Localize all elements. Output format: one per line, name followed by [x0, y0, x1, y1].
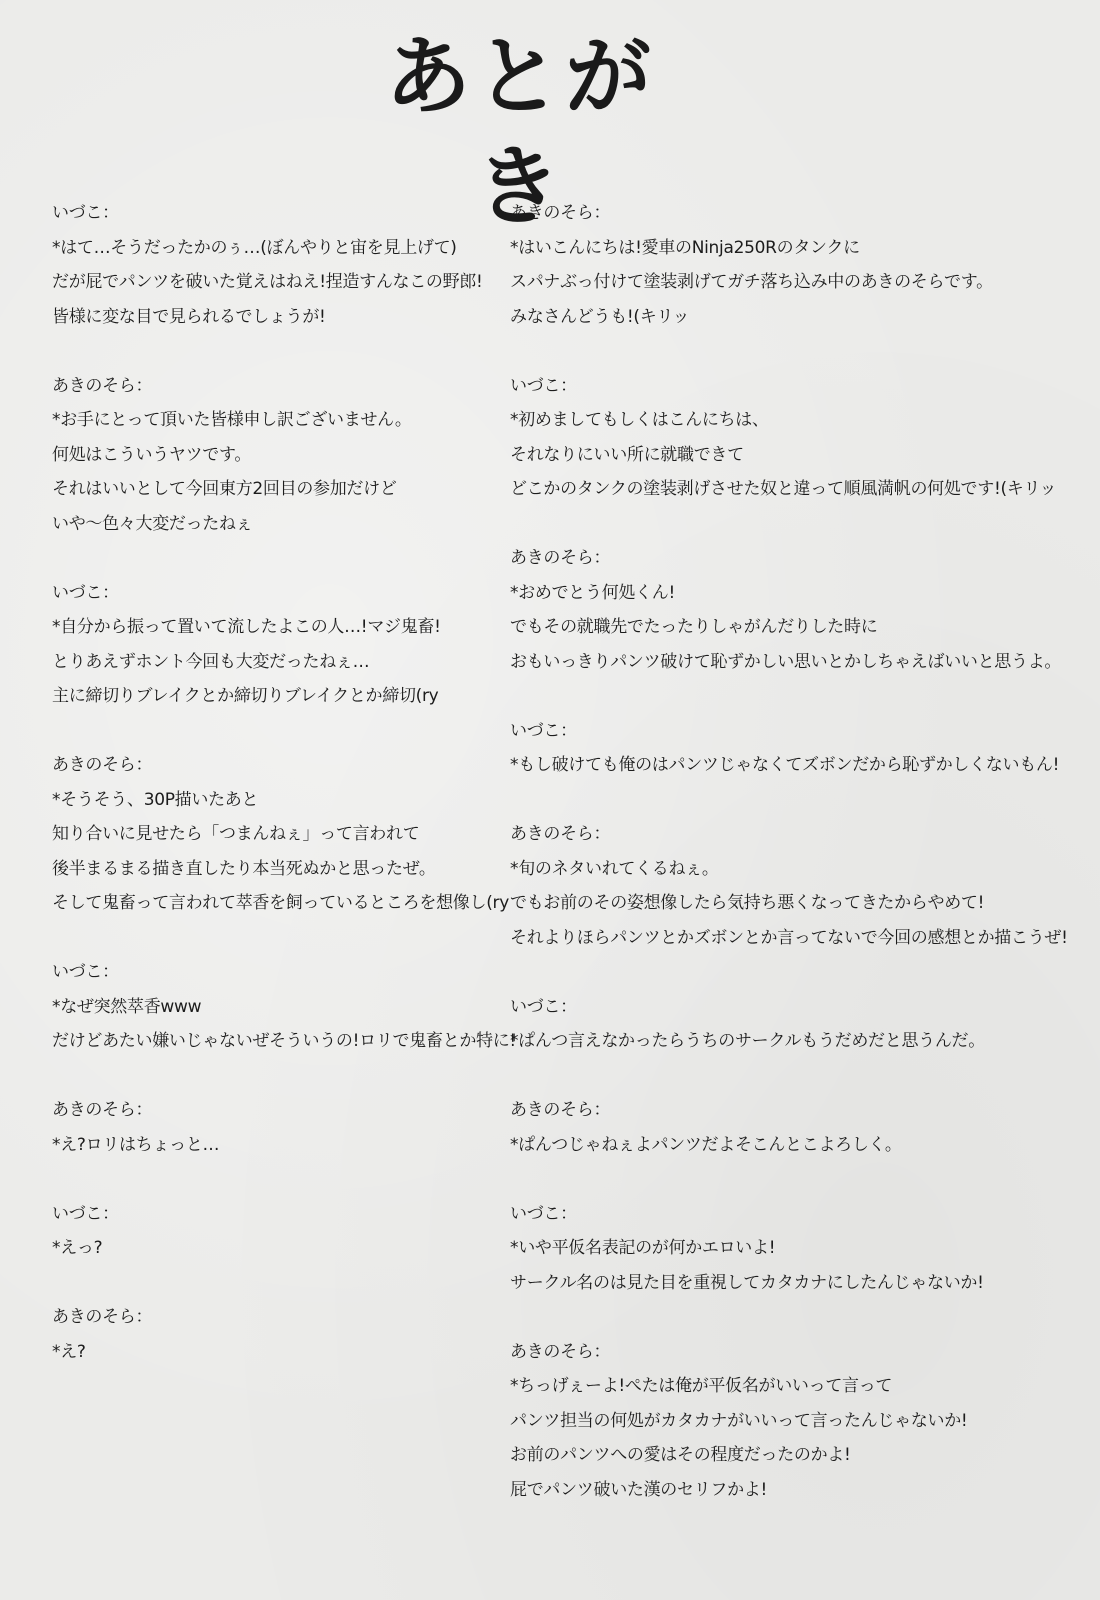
dialogue-line: *もし破けても俺のはパンツじゃなくてズボンだから恥ずかしくないもん! — [510, 748, 1070, 783]
dialogue-line: それはいいとして今回東方2回目の参加だけど — [52, 472, 492, 507]
left-column: いづこ： *はて…そうだったかのぅ…(ぼんやりと宙を見上げて) だが屁でパンツを… — [52, 196, 492, 1369]
dialogue-block: いづこ： *もし破けても俺のはパンツじゃなくてズボンだから恥ずかしくないもん! — [510, 714, 1070, 783]
dialogue-line: どこかのタンクの塗装剥げさせた奴と違って順風満帆の何処です!(キリッ — [510, 472, 1070, 507]
dialogue-line: それよりほらパンツとかズボンとか言ってないで今回の感想とか描こうぜ! — [510, 921, 1070, 956]
speaker-name: あきのそら： — [52, 1093, 492, 1128]
dialogue-line: *えっ? — [52, 1231, 492, 1266]
speaker-name: あきのそら： — [52, 369, 492, 404]
dialogue-line: *そうそう、30P描いたあと — [52, 783, 492, 818]
dialogue-line: それなりにいい所に就職できて — [510, 438, 1070, 473]
dialogue-block: あきのそら： *はいこんにちは!愛車のNinja250Rのタンクに スパナぶっ付… — [510, 196, 1070, 334]
dialogue-line: *旬のネタいれてくるねぇ。 — [510, 852, 1070, 887]
dialogue-line: *おめでとう何処くん! — [510, 576, 1070, 611]
page-title: あとがき — [360, 22, 680, 132]
speaker-name: いづこ： — [510, 369, 1070, 404]
dialogue-line: 後半まるまる描き直したり本当死ぬかと思ったぜ。 — [52, 852, 492, 887]
spacer — [510, 507, 1070, 542]
dialogue-block: あきのそら： *そうそう、30P描いたあと 知り合いに見せたら「つまんねぇ」って… — [52, 748, 492, 921]
dialogue-line: いや〜色々大変だったねぇ — [52, 507, 492, 542]
speaker-name: いづこ： — [52, 955, 492, 990]
spacer — [52, 1059, 492, 1094]
dialogue-line: *え? — [52, 1335, 492, 1370]
dialogue-block: あきのそら： *旬のネタいれてくるねぇ。 でもお前のその姿想像したら気持ち悪くな… — [510, 817, 1070, 955]
speaker-name: いづこ： — [510, 990, 1070, 1025]
dialogue-line: でもその就職先でたったりしゃがんだりした時に — [510, 610, 1070, 645]
speaker-name: あきのそら： — [510, 196, 1070, 231]
speaker-name: あきのそら： — [510, 541, 1070, 576]
spacer — [52, 1162, 492, 1197]
dialogue-block: いづこ： *自分から振って置いて流したよこの人…!マジ鬼畜! とりあえずホント今… — [52, 576, 492, 714]
dialogue-line: おもいっきりパンツ破けて恥ずかしい思いとかしちゃえばいいと思うよ。 — [510, 645, 1070, 680]
spacer — [510, 783, 1070, 818]
dialogue-block: あきのそら： *ちっげぇーよ!ぺたは俺が平仮名がいいって言って パンツ担当の何処… — [510, 1335, 1070, 1508]
afterword-page: あとがき いづこ： *はて…そうだったかのぅ…(ぼんやりと宙を見上げて) だが屁… — [0, 0, 1100, 1600]
dialogue-line: とりあえずホント今回も大変だったねぇ… — [52, 645, 492, 680]
dialogue-line: *はいこんにちは!愛車のNinja250Rのタンクに — [510, 231, 1070, 266]
dialogue-line: だが屁でパンツを破いた覚えはねえ!捏造すんなこの野郎! — [52, 265, 492, 300]
speaker-name: あきのそら： — [510, 817, 1070, 852]
dialogue-block: いづこ： *いや平仮名表記のが何かエロいよ! サークル名のは見た目を重視してカタ… — [510, 1197, 1070, 1301]
dialogue-block: あきのそら： *お手にとって頂いた皆様申し訳ございません。 何処はこういうヤツで… — [52, 369, 492, 542]
dialogue-line: 屁でパンツ破いた漢のセリフかよ! — [510, 1473, 1070, 1508]
spacer — [510, 1300, 1070, 1335]
spacer — [510, 334, 1070, 369]
dialogue-line: みなさんどうも!(キリッ — [510, 300, 1070, 335]
dialogue-line: *ぱんつじゃねぇよパンツだよそこんとこよろしく。 — [510, 1128, 1070, 1163]
spacer — [52, 714, 492, 749]
spacer — [52, 334, 492, 369]
speaker-name: あきのそら： — [52, 748, 492, 783]
dialogue-line: そして鬼畜って言われて萃香を飼っているところを想像し(ry — [52, 886, 492, 921]
dialogue-line: *お手にとって頂いた皆様申し訳ございません。 — [52, 403, 492, 438]
dialogue-line: 主に締切りブレイクとか締切りブレイクとか締切(ry — [52, 679, 492, 714]
speaker-name: あきのそら： — [510, 1335, 1070, 1370]
dialogue-line: サークル名のは見た目を重視してカタカナにしたんじゃないか! — [510, 1266, 1070, 1301]
dialogue-block: いづこ： *はて…そうだったかのぅ…(ぼんやりと宙を見上げて) だが屁でパンツを… — [52, 196, 492, 334]
speaker-name: あきのそら： — [52, 1300, 492, 1335]
dialogue-line: *え?ロリはちょっと… — [52, 1128, 492, 1163]
spacer — [52, 541, 492, 576]
speaker-name: いづこ： — [52, 196, 492, 231]
dialogue-line: *いや平仮名表記のが何かエロいよ! — [510, 1231, 1070, 1266]
dialogue-block: あきのそら： *え?ロリはちょっと… — [52, 1093, 492, 1162]
dialogue-block: いづこ： *なぜ突然萃香www だけどあたい嫌いじゃないぜそういうの!ロリで鬼畜… — [52, 955, 492, 1059]
dialogue-line: お前のパンツへの愛はその程度だったのかよ! — [510, 1438, 1070, 1473]
dialogue-line: スパナぶっ付けて塗装剥げてガチ落ち込み中のあきのそらです。 — [510, 265, 1070, 300]
dialogue-line: *自分から振って置いて流したよこの人…!マジ鬼畜! — [52, 610, 492, 645]
right-column: あきのそら： *はいこんにちは!愛車のNinja250Rのタンクに スパナぶっ付… — [510, 196, 1070, 1507]
dialogue-line: パンツ担当の何処がカタカナがいいって言ったんじゃないか! — [510, 1404, 1070, 1439]
dialogue-line: *ぱんつ言えなかったらうちのサークルもうだめだと思うんだ。 — [510, 1024, 1070, 1059]
speaker-name: いづこ： — [52, 1197, 492, 1232]
dialogue-line: 知り合いに見せたら「つまんねぇ」って言われて — [52, 817, 492, 852]
dialogue-line: 何処はこういうヤツです。 — [52, 438, 492, 473]
dialogue-line: *はて…そうだったかのぅ…(ぼんやりと宙を見上げて) — [52, 231, 492, 266]
dialogue-line: *初めましてもしくはこんにちは、 — [510, 403, 1070, 438]
spacer — [52, 1266, 492, 1301]
spacer — [510, 1059, 1070, 1094]
spacer — [510, 1162, 1070, 1197]
dialogue-line: 皆様に変な目で見られるでしょうが! — [52, 300, 492, 335]
dialogue-block: いづこ： *えっ? — [52, 1197, 492, 1266]
dialogue-block: あきのそら： *え? — [52, 1300, 492, 1369]
spacer — [510, 679, 1070, 714]
dialogue-block: あきのそら： *ぱんつじゃねぇよパンツだよそこんとこよろしく。 — [510, 1093, 1070, 1162]
dialogue-block: あきのそら： *おめでとう何処くん! でもその就職先でたったりしゃがんだりした時… — [510, 541, 1070, 679]
speaker-name: いづこ： — [52, 576, 492, 611]
dialogue-line: でもお前のその姿想像したら気持ち悪くなってきたからやめて! — [510, 886, 1070, 921]
speaker-name: いづこ： — [510, 714, 1070, 749]
speaker-name: いづこ： — [510, 1197, 1070, 1232]
speaker-name: あきのそら： — [510, 1093, 1070, 1128]
dialogue-line: *なぜ突然萃香www — [52, 990, 492, 1025]
dialogue-line: *ちっげぇーよ!ぺたは俺が平仮名がいいって言って — [510, 1369, 1070, 1404]
spacer — [510, 955, 1070, 990]
dialogue-line: だけどあたい嫌いじゃないぜそういうの!ロリで鬼畜とか特に! — [52, 1024, 492, 1059]
dialogue-block: いづこ： *ぱんつ言えなかったらうちのサークルもうだめだと思うんだ。 — [510, 990, 1070, 1059]
dialogue-block: いづこ： *初めましてもしくはこんにちは、 それなりにいい所に就職できて どこか… — [510, 369, 1070, 507]
spacer — [52, 921, 492, 956]
